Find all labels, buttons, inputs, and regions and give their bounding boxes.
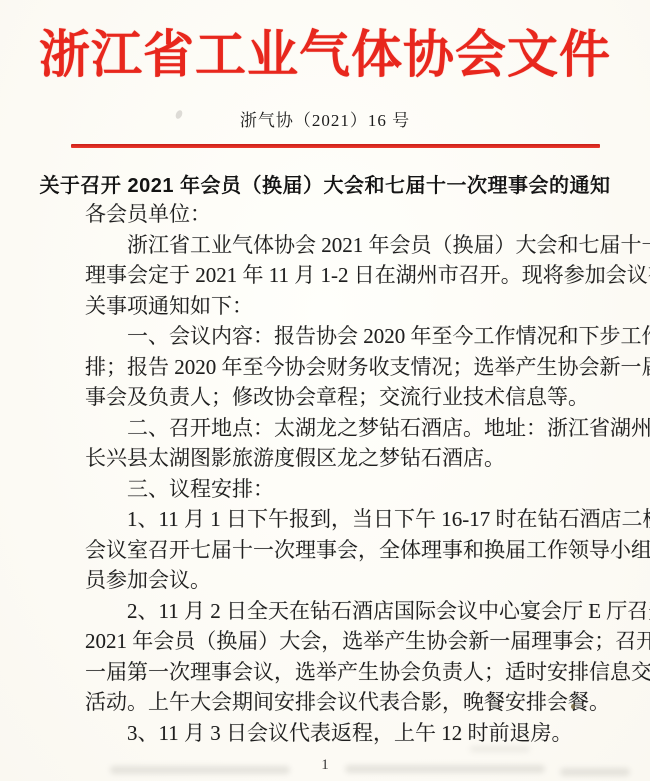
notice-body: 各会员单位： 浙江省工业气体协会 2021 年会员（换届）大会和七届十一次 理事… <box>85 199 583 748</box>
body-line: 事会及负责人；修改协会章程；交流行业技术信息等。 <box>85 382 583 413</box>
scan-bleed-through <box>560 768 630 776</box>
body-line: 活动。上午大会期间安排会议代表合影，晚餐安排会餐。 <box>85 687 583 718</box>
document-number: 浙气协（2021）16 号 <box>0 106 650 131</box>
body-line-item-1: 一、会议内容：报告协会 2020 年至今工作情况和下步工作安 <box>85 321 583 352</box>
scan-speck <box>242 703 245 709</box>
scan-bleed-through <box>470 746 530 752</box>
body-line-sub-item-2: 2、11 月 2 日全天在钻石酒店国际会议中心宴会厅 E 厅召开 <box>85 596 583 627</box>
letterhead-org-title: 浙江省工业气体协会文件 <box>0 24 650 88</box>
body-line: 浙江省工业气体协会 2021 年会员（换届）大会和七届十一次 <box>85 230 583 261</box>
body-line-sub-item-1: 1、11 月 1 日下午报到，当日下午 16-17 时在钻石酒店二楼 <box>85 504 583 535</box>
body-line: 一届第一次理事会议，选举产生协会负责人；适时安排信息交流 <box>85 657 583 688</box>
body-line-salutation: 各会员单位： <box>85 199 583 230</box>
red-divider-rule <box>71 144 600 148</box>
body-line: 长兴县太湖图影旅游度假区龙之梦钻石酒店。 <box>85 443 583 474</box>
body-line: 员参加会议。 <box>85 565 583 596</box>
body-line: 关事项通知如下： <box>85 291 583 322</box>
body-line-item-2: 二、召开地点：太湖龙之梦钻石酒店。地址：浙江省湖州市 <box>85 413 583 444</box>
scan-speck <box>571 704 575 709</box>
scan-bleed-through <box>345 765 545 773</box>
body-line: 会议室召开七届十一次理事会，全体理事和换届工作领导小组成 <box>85 535 583 566</box>
body-line: 理事会定于 2021 年 11 月 1-2 日在湖州市召开。现将参加会议有 <box>85 260 583 291</box>
scan-bleed-through <box>110 766 290 774</box>
page-number: 1 <box>0 757 650 774</box>
scan-speck <box>540 249 545 253</box>
body-line: 2021 年会员（换届）大会，选举产生协会新一届理事会；召开新 <box>85 626 583 657</box>
body-line: 排；报告 2020 年至今协会财务收支情况；选举产生协会新一届理 <box>85 352 583 383</box>
body-line-sub-item-3: 3、11 月 3 日会议代表返程，上午 12 时前退房。 <box>85 718 583 749</box>
scanned-document-page: 浙江省工业气体协会文件 浙气协（2021）16 号 关于召开 2021 年会员（… <box>0 0 650 781</box>
body-line-item-3: 三、议程安排： <box>85 474 583 505</box>
notice-title: 关于召开 2021 年会员（换届）大会和七届十一次理事会的通知 <box>0 169 650 198</box>
